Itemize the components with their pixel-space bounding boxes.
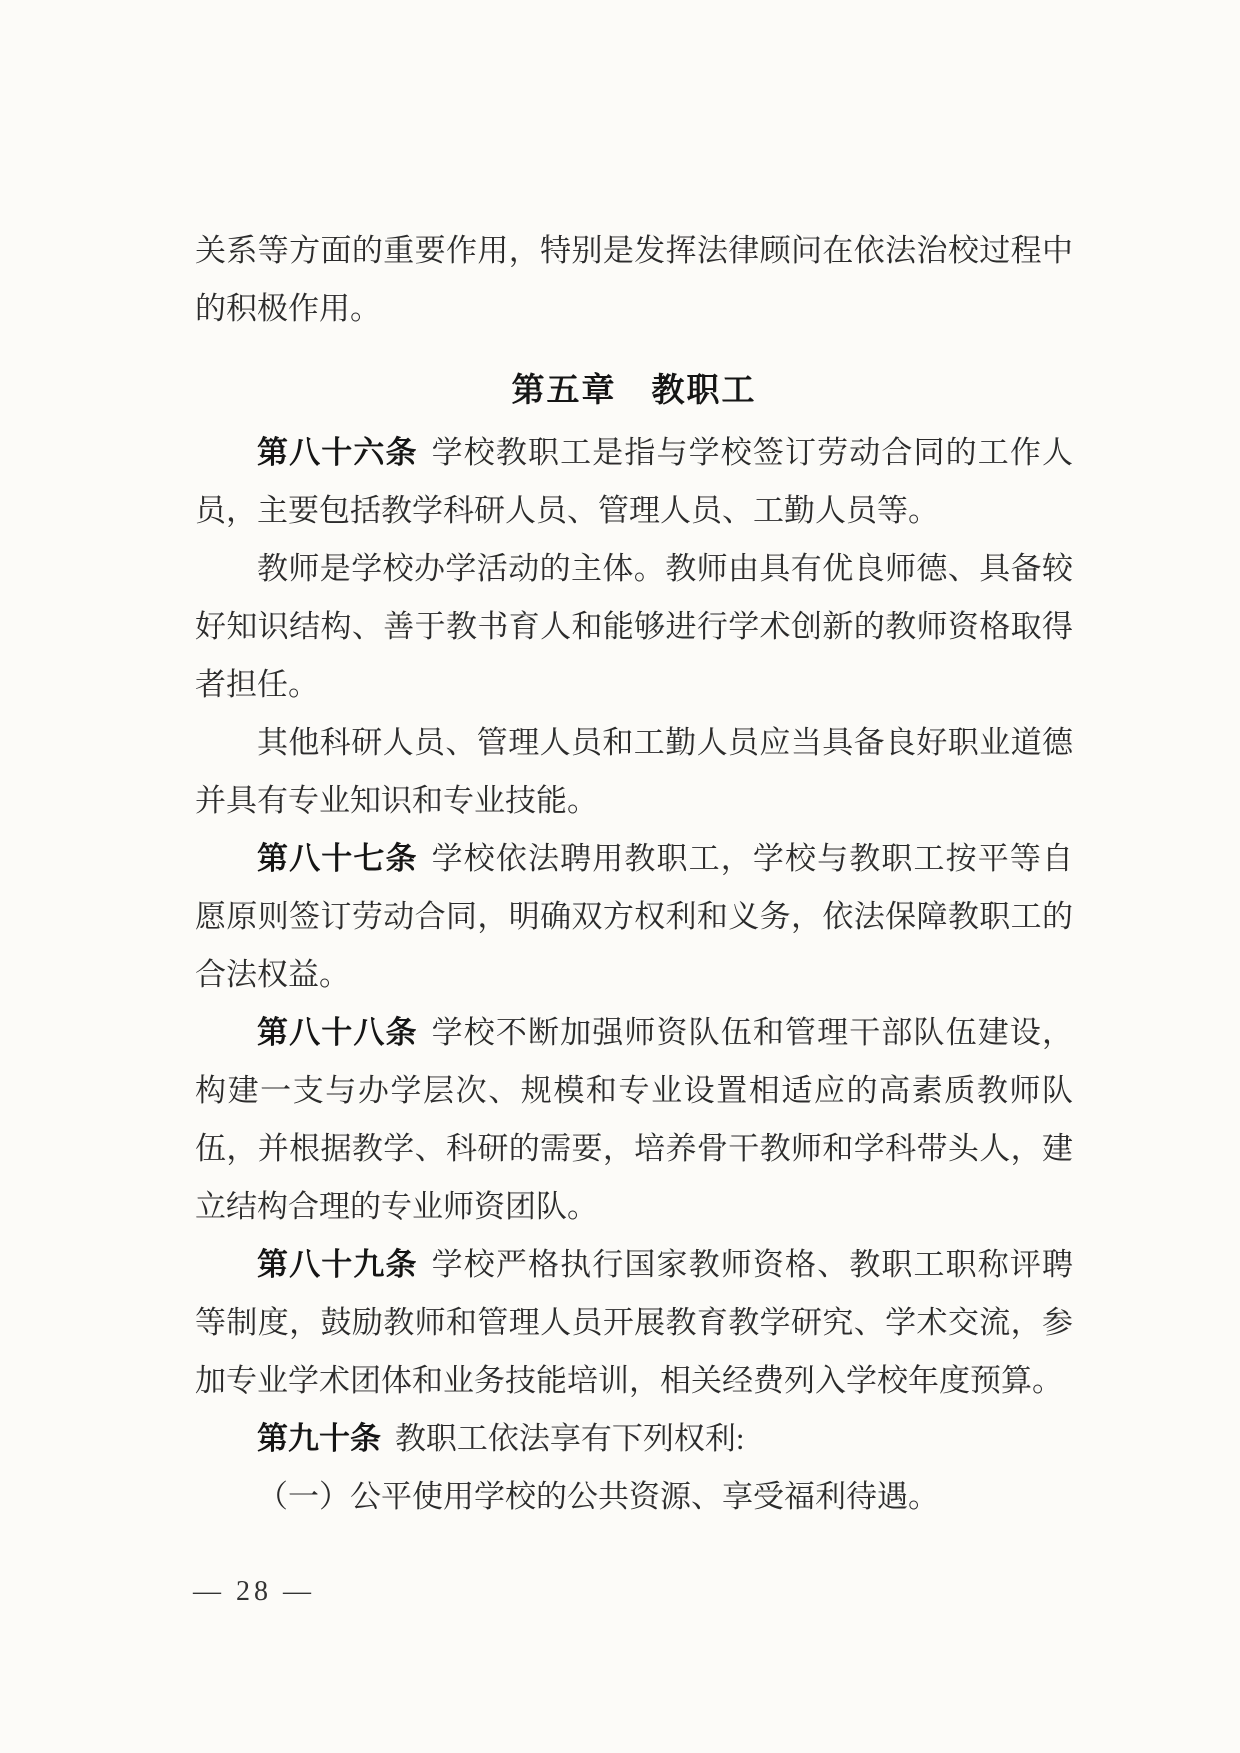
article-86-paragraph: 第八十六条学校教职工是指与学校签订劳动合同的工作人员，主要包括教学科研人员、管理… (195, 424, 1073, 540)
article-89-number: 第八十九条 (257, 1247, 418, 1282)
chapter-heading: 第五章 教职工 (195, 362, 1073, 420)
article-88-number: 第八十八条 (257, 1015, 418, 1050)
article-89-paragraph: 第八十九条学校严格执行国家教师资格、教职工职称评聘等制度，鼓励教师和管理人员开展… (195, 1236, 1073, 1410)
article-90-number: 第九十条 (257, 1421, 381, 1456)
rights-item-1: （一）公平使用学校的公共资源、享受福利待遇。 (195, 1468, 1073, 1526)
article-86-number: 第八十六条 (257, 435, 418, 470)
article-87-paragraph: 第八十七条学校依法聘用教职工，学校与教职工按平等自愿原则签订劳动合同，明确双方权… (195, 830, 1073, 1004)
article-90-text: 教职工依法享有下列权利: (395, 1421, 745, 1456)
continuation-paragraph: 关系等方面的重要作用，特别是发挥法律顾问在依法治校过程中的积极作用。 (195, 222, 1073, 338)
page-body: 关系等方面的重要作用，特别是发挥法律顾问在依法治校过程中的积极作用。 第五章 教… (195, 222, 1073, 1526)
teachers-paragraph: 教师是学校办学活动的主体。教师由具有优良师德、具备较好知识结构、善于教书育人和能… (195, 540, 1073, 714)
other-staff-paragraph: 其他科研人员、管理人员和工勤人员应当具备良好职业道德并具有专业知识和专业技能。 (195, 714, 1073, 830)
article-87-number: 第八十七条 (257, 841, 418, 876)
article-90-paragraph: 第九十条教职工依法享有下列权利: (195, 1410, 1073, 1468)
article-88-paragraph: 第八十八条学校不断加强师资队伍和管理干部队伍建设，构建一支与办学层次、规模和专业… (195, 1004, 1073, 1236)
document-page: 关系等方面的重要作用，特别是发挥法律顾问在依法治校过程中的积极作用。 第五章 教… (0, 0, 1240, 1753)
page-number: — 28 — (193, 1576, 315, 1608)
